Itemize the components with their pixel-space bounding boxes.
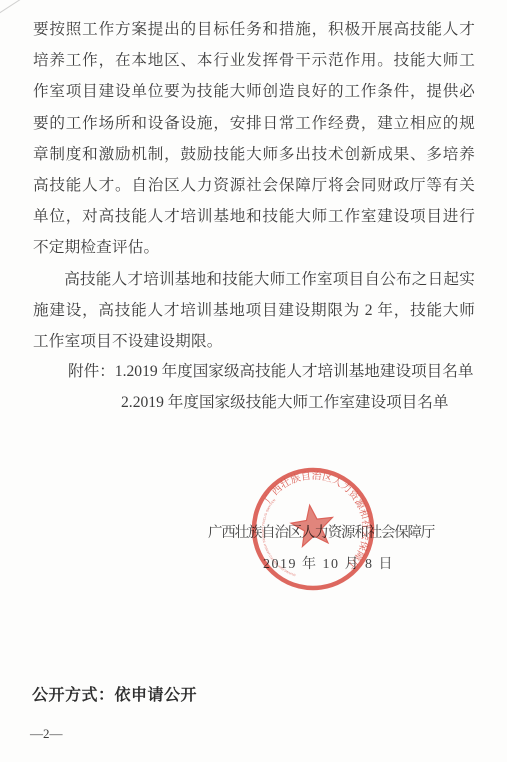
document-body: 要按照工作方案提出的目标任务和措施，积极开展高技能人才培养工作，在本地区、本行业… — [33, 14, 475, 357]
attachment-item: 1.2019 年度国家级高技能人才培训基地建设项目名单 — [115, 363, 474, 380]
paragraph: 高技能人才培训基地和技能大师工作室项目自公布之日起实施建设，高技能人才培训基地项… — [33, 264, 475, 358]
scan-artifact-line — [0, 0, 23, 14]
official-seal-stamp: 广西壮族自治区人力资源和社会保障厅 GVANGJSIH BOUXCUENGH S… — [241, 457, 386, 602]
attachment-label: 附件： — [68, 363, 115, 380]
attachment-line: 附件：1.2019 年度国家级高技能人才培训基地建设项目名单 — [68, 356, 473, 387]
page-number: —2— — [30, 726, 63, 742]
paragraph: 要按照工作方案提出的目标任务和措施，积极开展高技能人才培养工作，在本地区、本行业… — [33, 14, 475, 264]
star-icon — [289, 502, 336, 547]
attachment-list: 附件：1.2019 年度国家级高技能人才培训基地建设项目名单 2.2019 年度… — [68, 356, 473, 418]
attachment-item: 2.2019 年度国家级技能大师工作室建设项目名单 — [121, 387, 473, 418]
disclosure-method: 公开方式：依申请公开 — [32, 682, 197, 705]
scanned-document-page: 要按照工作方案提出的目标任务和措施，积极开展高技能人才培养工作，在本地区、本行业… — [0, 0, 507, 762]
